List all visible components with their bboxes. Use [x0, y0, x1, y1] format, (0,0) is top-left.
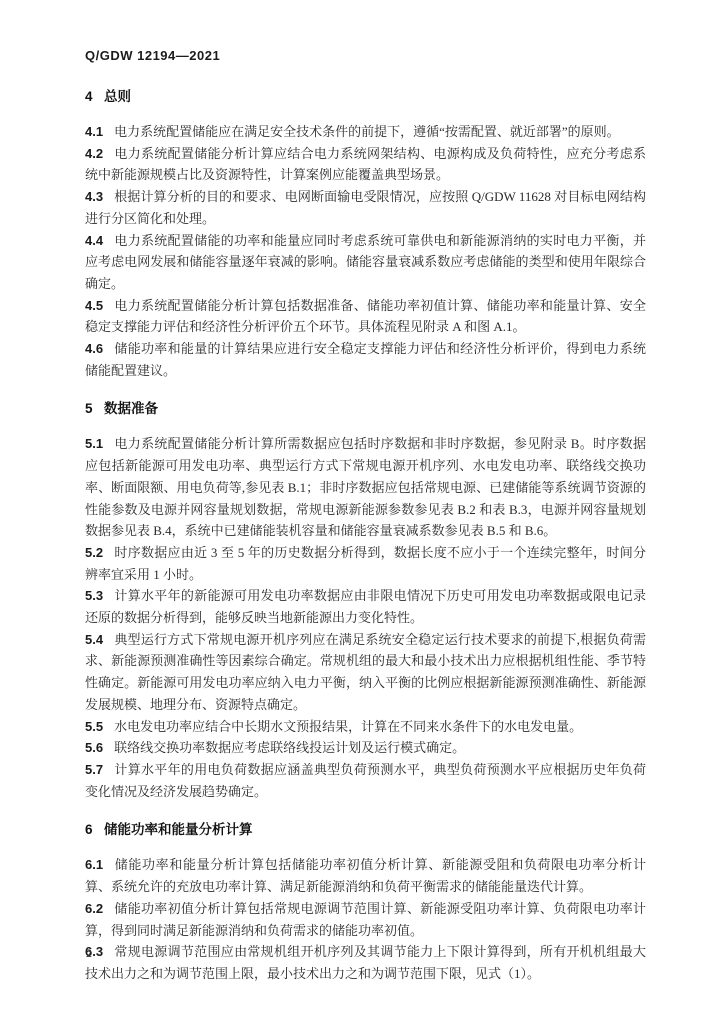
clause-number: 5.5 [85, 719, 103, 734]
clause-number: 4.1 [85, 124, 103, 139]
page-number: 2 [86, 946, 92, 961]
clause-text: 根据计算分析的目的和要求、电网断面输电受限情况，应按照 Q/GDW 11628 … [85, 189, 646, 226]
section-number: 4 [85, 89, 93, 104]
clause-number: 5.6 [85, 740, 103, 755]
section-heading-5: 5数据准备 [85, 398, 646, 420]
clause-text: 电力系统配置储能应在满足安全技术条件的前提下，遵循“按需配置、就近部署”的原则。 [114, 124, 620, 139]
clause-4-1: 4.1电力系统配置储能应在满足安全技术条件的前提下，遵循“按需配置、就近部署”的… [85, 121, 646, 143]
clause-text: 储能功率初值分析计算包括常规电源调节范围计算、新能源受阻功率计算、负荷限电功率计… [85, 901, 646, 938]
clause-number: 6.1 [85, 857, 103, 872]
clause-6-3: 6.3常规电源调节范围应由常规机组开机序列及其调节能力上下限计算得到，所有开机机… [85, 941, 646, 984]
clause-number: 5.1 [85, 436, 103, 451]
clause-5-3: 5.3计算水平年的新能源可用发电功率数据应由非限电情况下历史可用发电功率数据或限… [85, 585, 646, 628]
section-title: 总则 [104, 89, 131, 104]
clause-5-7: 5.7计算水平年的用电负荷数据应涵盖典型负荷预测水平，典型负荷预测水平应根据历史… [85, 759, 646, 802]
clause-text: 联络线交换功率数据应考虑联络线投运计划及运行模式确定。 [114, 740, 465, 755]
clause-text: 计算水平年的用电负荷数据应涵盖典型负荷预测水平，典型负荷预测水平应根据历史年负荷… [85, 762, 646, 799]
clause-number: 4.4 [85, 233, 103, 248]
clause-text: 常规电源调节范围应由常规机组开机序列及其调节能力上下限计算得到，所有开机机组最大… [85, 944, 646, 981]
clause-text: 电力系统配置储能分析计算应结合电力系统网架结构、电源构成及负荷特性，应充分考虑系… [85, 146, 646, 183]
clause-number: 4.2 [85, 146, 103, 161]
clause-number: 4.6 [85, 341, 103, 356]
clause-4-6: 4.6储能功率和能量的计算结果应进行安全稳定支撑能力评估和经济性分析评价，得到电… [85, 338, 646, 381]
section-title: 数据准备 [104, 401, 158, 416]
clause-number: 4.3 [85, 189, 103, 204]
clause-5-4: 5.4典型运行方式下常规电源开机序列应在满足系统安全稳定运行技术要求的前提下,根… [85, 629, 646, 716]
doc-content: 4总则 4.1电力系统配置储能应在满足安全技术条件的前提下，遵循“按需配置、就近… [85, 86, 646, 985]
clause-4-2: 4.2电力系统配置储能分析计算应结合电力系统网架结构、电源构成及负荷特性，应充分… [85, 143, 646, 186]
clause-text: 电力系统配置储能分析计算包括数据准备、储能功率初值计算、储能功率和能量计算、安全… [85, 298, 646, 335]
section-heading-6: 6储能功率和能量分析计算 [85, 819, 646, 841]
clause-number: 5.4 [85, 632, 103, 647]
clause-4-5: 4.5电力系统配置储能分析计算包括数据准备、储能功率初值计算、储能功率和能量计算… [85, 295, 646, 338]
clause-number: 5.3 [85, 588, 103, 603]
section-title: 储能功率和能量分析计算 [104, 822, 253, 837]
clause-5-6: 5.6联络线交换功率数据应考虑联络线投运计划及运行模式确定。 [85, 737, 646, 759]
document-page: Q/GDW 12194—2021 4总则 4.1电力系统配置储能应在满足安全技术… [0, 0, 724, 1024]
clause-number: 5.7 [85, 762, 103, 777]
clause-6-2: 6.2储能功率初值分析计算包括常规电源调节范围计算、新能源受阻功率计算、负荷限电… [85, 898, 646, 941]
clause-4-4: 4.4电力系统配置储能的功率和能量应同时考虑系统可靠供电和新能源消纳的实时电力平… [85, 230, 646, 295]
clause-text: 电力系统配置储能的功率和能量应同时考虑系统可靠供电和新能源消纳的实时电力平衡，并… [85, 233, 646, 291]
clause-text: 电力系统配置储能分析计算所需数据应包括时序数据和非时序数据，参见附录 B。时序数… [85, 436, 646, 538]
section-heading-4: 4总则 [85, 86, 646, 108]
clause-5-2: 5.2时序数据应由近 3 至 5 年的历史数据分析得到，数据长度不应小于一个连续… [85, 542, 646, 585]
section-number: 5 [85, 401, 93, 416]
clause-text: 水电发电功率应结合中长期水文预报结果，计算在不同来水条件下的水电发电量。 [114, 719, 582, 734]
clause-4-3: 4.3根据计算分析的目的和要求、电网断面输电受限情况，应按照 Q/GDW 116… [85, 186, 646, 229]
clause-text: 典型运行方式下常规电源开机序列应在满足系统安全稳定运行技术要求的前提下,根据负荷… [85, 632, 646, 712]
clause-text: 时序数据应由近 3 至 5 年的历史数据分析得到，数据长度不应小于一个连续完整年… [85, 545, 646, 582]
section-number: 6 [85, 822, 93, 837]
clause-text: 储能功率和能量的计算结果应进行安全稳定支撑能力评估和经济性分析评价，得到电力系统… [85, 341, 646, 378]
doc-header: Q/GDW 12194—2021 [85, 48, 220, 63]
clause-number: 6.2 [85, 901, 103, 916]
clause-text: 计算水平年的新能源可用发电功率数据应由非限电情况下历史可用发电功率数据或限电记录… [85, 588, 646, 625]
clause-6-1: 6.1储能功率和能量分析计算包括储能功率初值分析计算、新能源受阻和负荷限电功率分… [85, 854, 646, 897]
clause-number: 4.5 [85, 298, 103, 313]
clause-number: 5.2 [85, 545, 103, 560]
clause-text: 储能功率和能量分析计算包括储能功率初值分析计算、新能源受阻和负荷限电功率分析计算… [85, 857, 646, 894]
clause-5-5: 5.5水电发电功率应结合中长期水文预报结果，计算在不同来水条件下的水电发电量。 [85, 716, 646, 738]
clause-5-1: 5.1电力系统配置储能分析计算所需数据应包括时序数据和非时序数据，参见附录 B。… [85, 433, 646, 542]
